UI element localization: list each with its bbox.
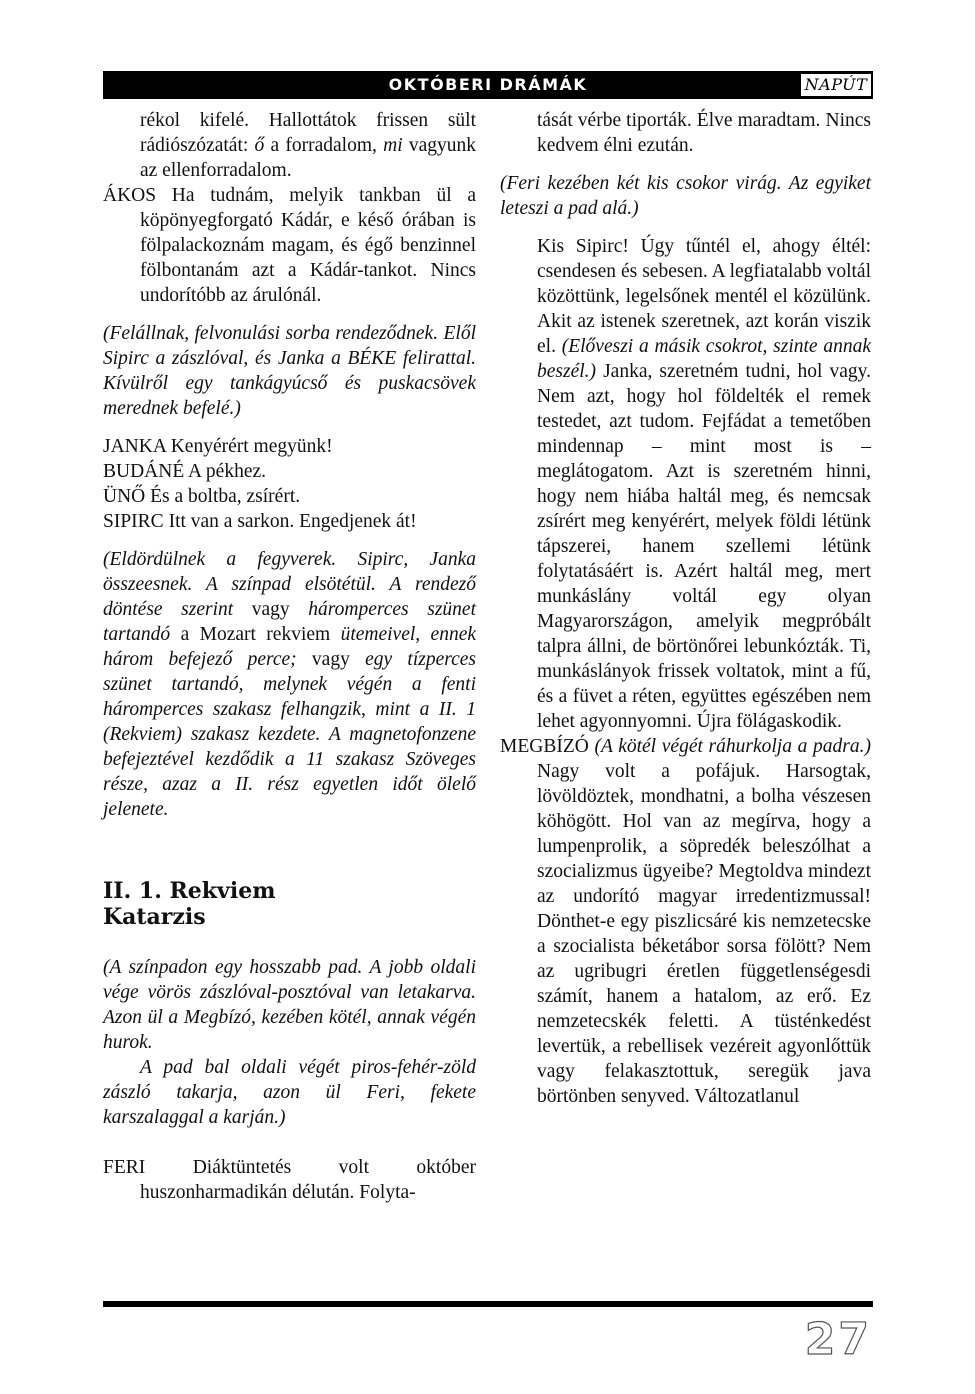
section-heading: II. 1. RekviemKatarzis — [103, 878, 476, 930]
speech-feri: FERI Diáktüntetés volt október huszonhar… — [103, 1155, 476, 1205]
stage-direction: (Feri kezében két kis csokor virág. Az e… — [500, 171, 871, 221]
stage-direction: (Eldördülnek a fegyverek. Sipirc, Janka … — [103, 547, 476, 822]
speech-akos: ÁKOS Ha tudnám, melyik tankban ül a köpö… — [103, 183, 476, 308]
stage-direction: (A színpadon egy hosszabb pad. A jobb ol… — [103, 955, 476, 1055]
right-column: tását vérbe tiporták. Élve maradtam. Nin… — [500, 108, 871, 1109]
dialogue-line: SIPIRC Itt van a sarkon. Engedjenek át! — [103, 509, 476, 534]
speech-megbizo: MEGBÍZÓ (A kötél végét ráhurkolja a padr… — [500, 734, 871, 1109]
speech-continuation: rékol kifelé. Hallottátok frissen sült r… — [103, 108, 476, 183]
speaker-name: FERI — [103, 1157, 145, 1178]
stage-direction: A pad bal oldali végét piros-fehér-zöld … — [103, 1055, 476, 1130]
naput-logo: NAPÚT — [801, 74, 871, 96]
page-number: 27 — [805, 1316, 872, 1364]
running-header-title: OKTÓBERI DRÁMÁK — [103, 74, 873, 96]
dialogue-line: BUDÁNÉ A pékhez. — [103, 459, 476, 484]
dialogue-line: ÜNŐ És a boltba, zsírért. — [103, 484, 476, 509]
speech-feri-monologue: Kis Sipirc! Úgy tűntél el, ahogy éltél: … — [500, 234, 871, 734]
dialogue-line: JANKA Kenyérért megyünk! — [103, 434, 476, 459]
left-column: rékol kifelé. Hallottátok frissen sült r… — [103, 108, 476, 1205]
stage-direction: (Felállnak, felvonulási sorba rendeződne… — [103, 321, 476, 421]
footer-rule — [103, 1301, 873, 1307]
speaker-name: MEGBÍZÓ — [500, 736, 589, 757]
speaker-name: ÁKOS — [103, 185, 156, 206]
magazine-page: OKTÓBERI DRÁMÁK NAPÚT rékol kifelé. Hall… — [0, 0, 975, 1394]
speech-continuation: tását vérbe tiporták. Élve maradtam. Nin… — [500, 108, 871, 158]
running-header: OKTÓBERI DRÁMÁK NAPÚT — [103, 71, 873, 99]
